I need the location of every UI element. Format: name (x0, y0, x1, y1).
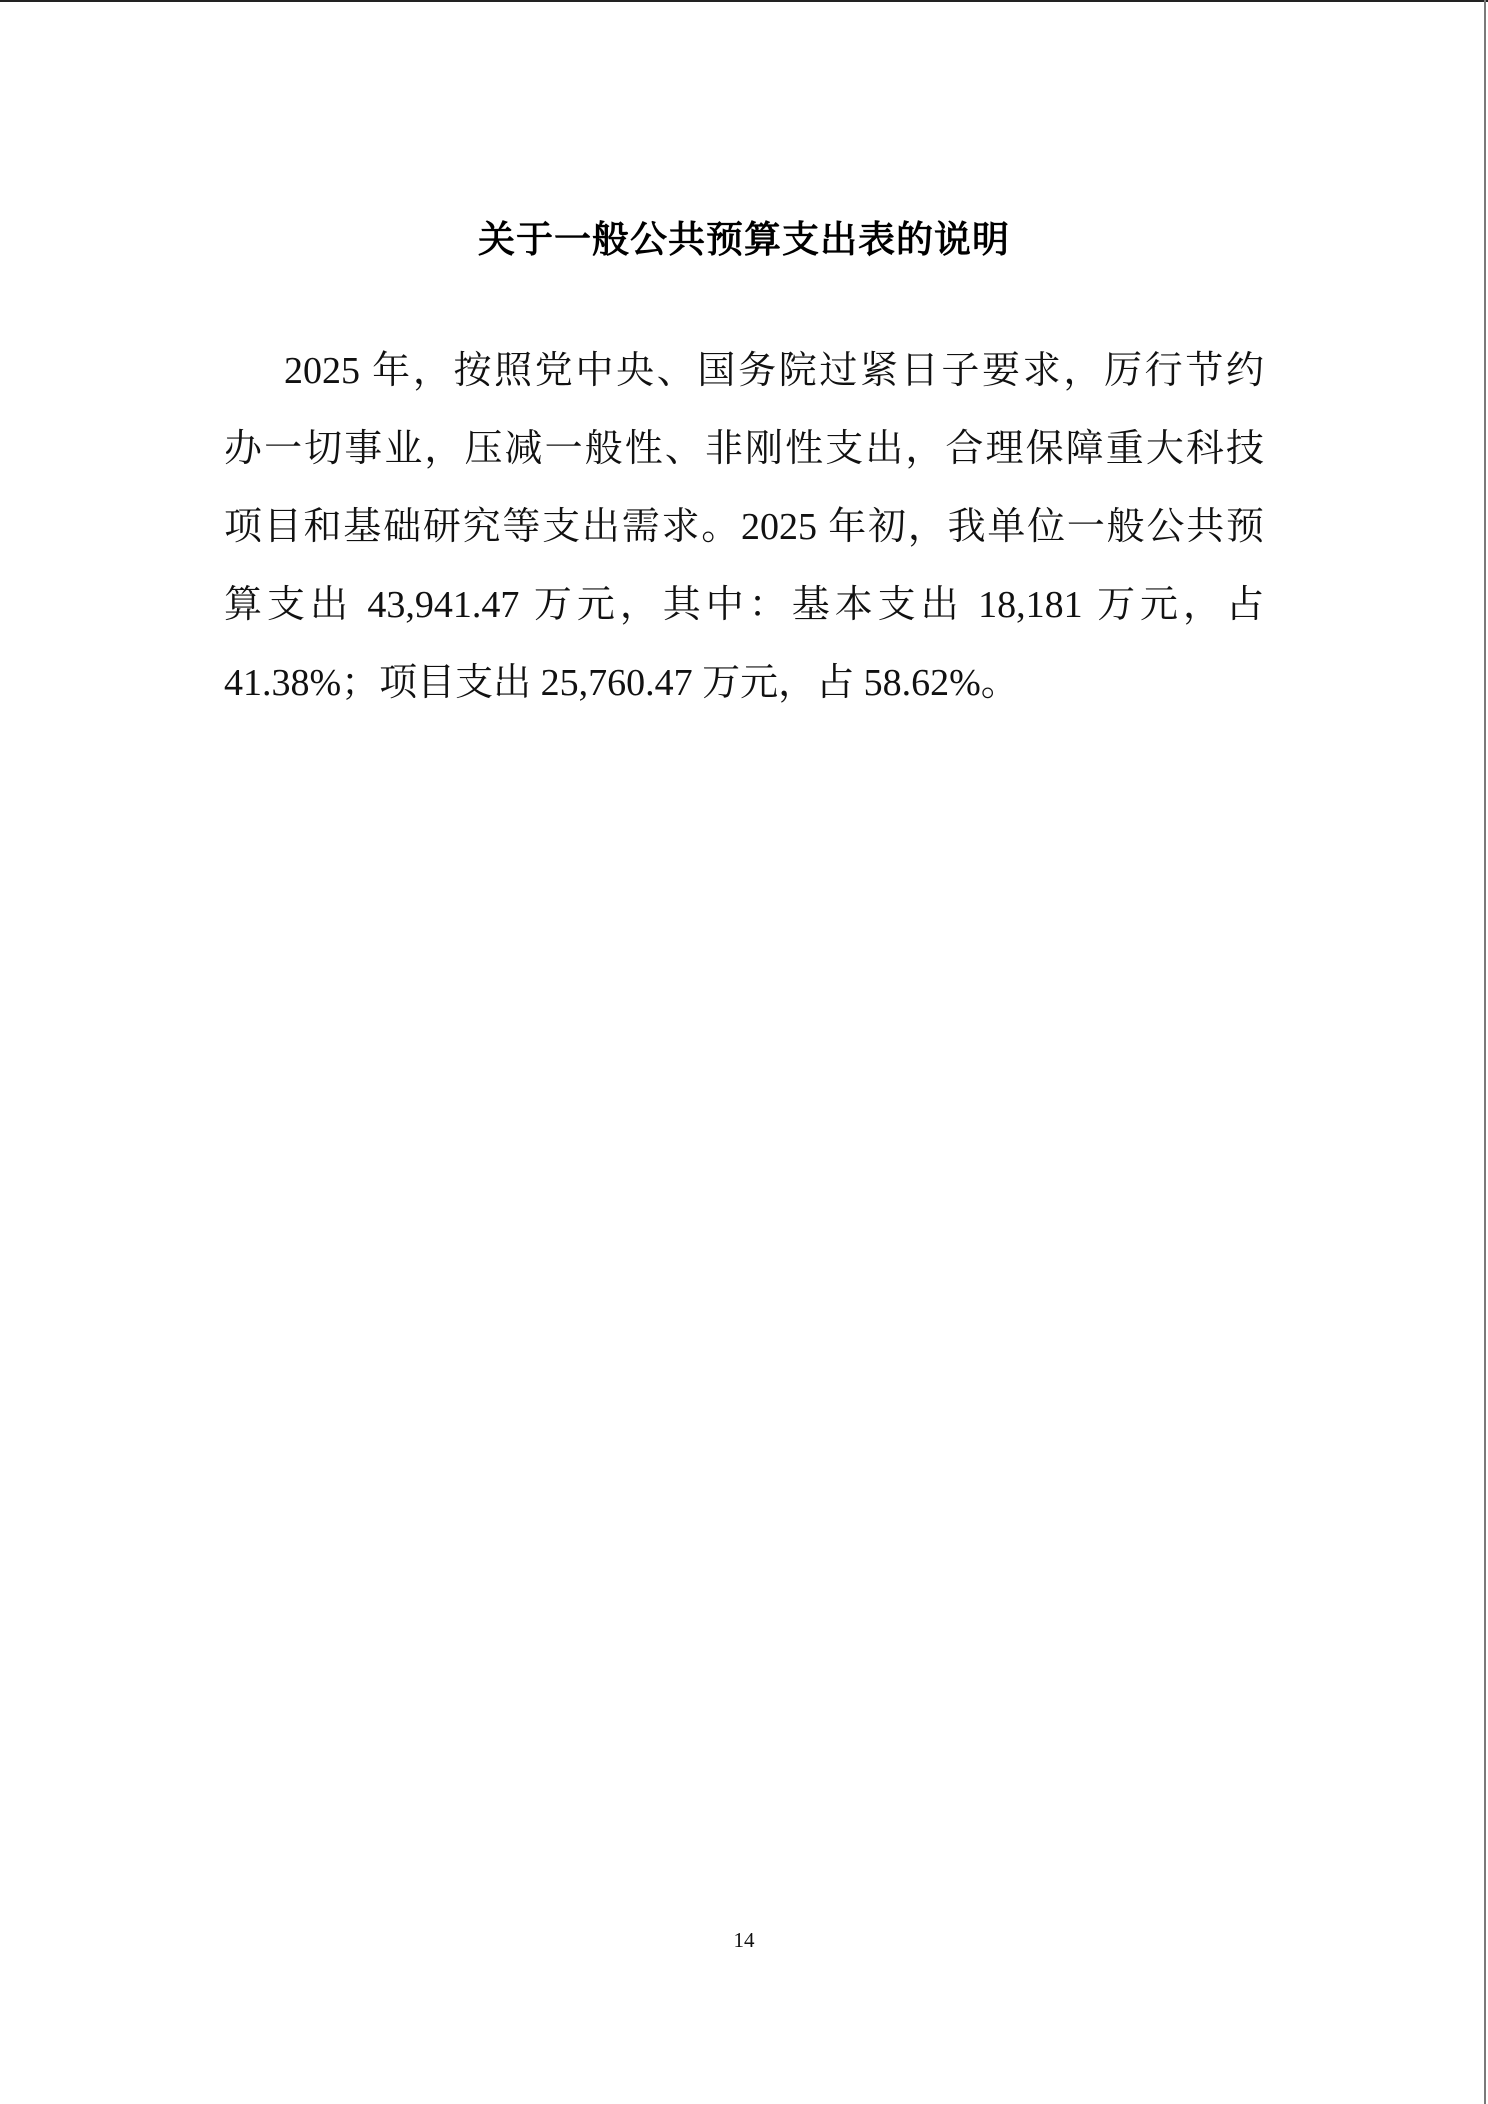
paragraph-line: 41.38%；项目支出 25,760.47 万元，占 58.62%。 (224, 644, 1264, 722)
right-border (1484, 0, 1486, 2104)
document-page: 关于一般公共预算支出表的说明 2025 年，按照党中央、国务院过紧日子要求，厉行… (0, 0, 1488, 2104)
body-paragraph: 2025 年，按照党中央、国务院过紧日子要求，厉行节约 办一切事业，压减一般性、… (224, 332, 1264, 722)
paragraph-line: 算支出 43,941.47 万元，其中：基本支出 18,181 万元，占 (224, 566, 1264, 644)
page-title: 关于一般公共预算支出表的说明 (0, 212, 1488, 268)
top-border (0, 0, 1488, 2)
paragraph-line: 办一切事业，压减一般性、非刚性支出，合理保障重大科技 (224, 410, 1264, 488)
page-number: 14 (0, 1926, 1488, 1954)
paragraph-line: 项目和基础研究等支出需求。2025 年初，我单位一般公共预 (224, 488, 1264, 566)
paragraph-line: 2025 年，按照党中央、国务院过紧日子要求，厉行节约 (224, 332, 1264, 410)
